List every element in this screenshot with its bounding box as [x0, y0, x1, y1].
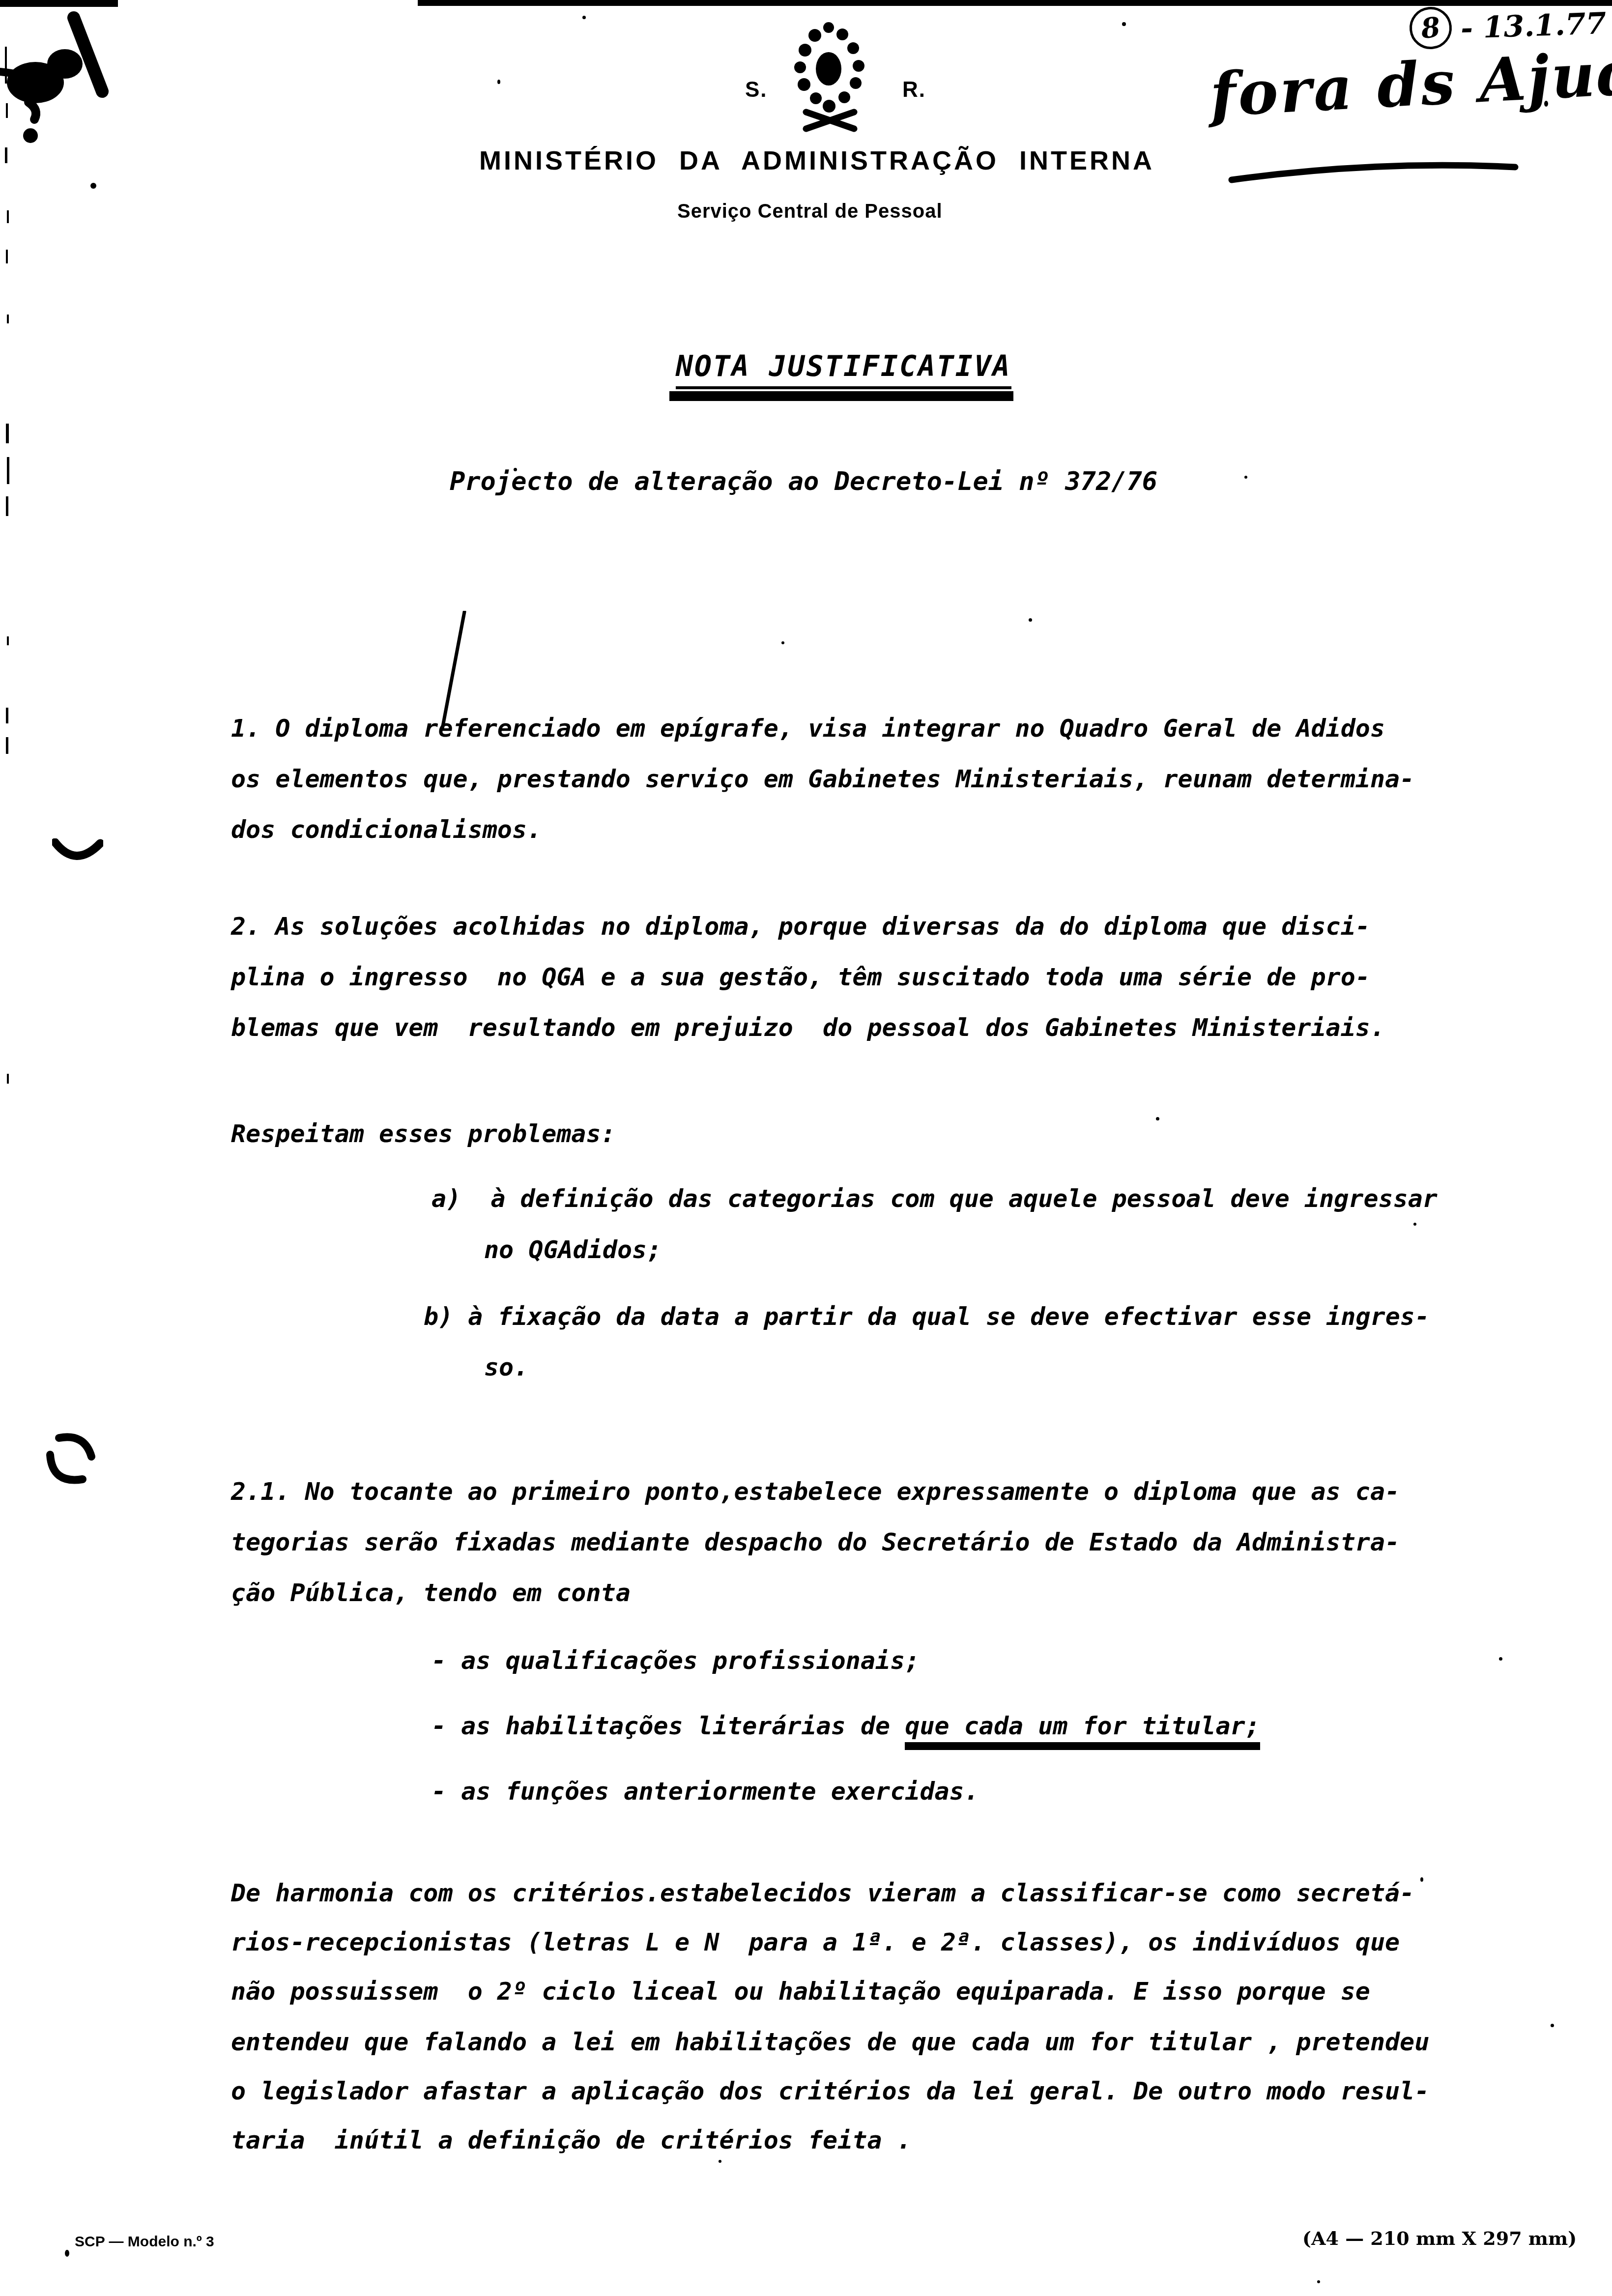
noise-dot	[1218, 90, 1221, 95]
document-title: NOTA JUSTIFICATIVA	[676, 351, 1011, 389]
document-subtitle: Projecto de alteração ao Decreto-Lei nº …	[450, 468, 1157, 496]
service-name: Serviço Central de Pessoal	[677, 201, 943, 223]
margin-speck	[6, 250, 8, 263]
noise-dot	[1551, 2024, 1554, 2027]
margin-speck	[6, 737, 8, 754]
margin-circle-mark	[45, 1431, 101, 1494]
noise-dot	[1122, 22, 1126, 26]
paragraph-21-line-3: ção Pública, tendo em conta	[231, 1579, 631, 1607]
margin-speck	[7, 1074, 9, 1084]
margin-speck	[5, 147, 7, 163]
ink-scribble-mark	[0, 9, 167, 205]
paragraph-3-line-1: De harmonia com os critérios.estabelecid…	[231, 1880, 1414, 1907]
paragraph-2-line-1: 2. As soluções acolhidas no diploma, por…	[231, 913, 1370, 940]
handwritten-note: fora ds Ajud	[1209, 37, 1612, 130]
paragraph-1-line-1: 1. O diploma referenciado em epígrafe, v…	[231, 715, 1385, 742]
margin-speck	[6, 103, 8, 118]
noise-dot	[514, 468, 517, 471]
letterhead-initial-s: S.	[745, 78, 768, 102]
ministry-name: MINISTÉRIO DA ADMINISTRAÇÃO INTERNA	[479, 145, 1154, 176]
handwritten-circled-number: 8	[1408, 5, 1454, 52]
dash-item-3: - as funções anteriormente exercidas.	[432, 1778, 979, 1805]
footer-paper-size: (A4 — 210 mm X 297 mm)	[1302, 2227, 1577, 2249]
paragraph-2-line-2: plina o ingresso no QGA e a sua gestão, …	[231, 964, 1370, 991]
paragraph-1-line-3: dos condicionalismos.	[231, 816, 542, 843]
paragraph-2-line-3: blemas que vem resultando em prejuizo do…	[231, 1014, 1385, 1041]
pen-slash-mark	[440, 611, 467, 731]
paragraph-1-line-2: os elementos que, prestando serviço em G…	[231, 766, 1414, 793]
paragraph-3-line-2: rios-recepcionistas (letras L e N para a…	[231, 1929, 1400, 1956]
paragraph-21-line-1: 2.1. No tocante ao primeiro ponto,estabe…	[231, 1478, 1400, 1505]
margin-speck	[7, 315, 9, 323]
dash-item-1: - as qualificações profissionais;	[432, 1647, 920, 1674]
margin-speck	[6, 496, 8, 516]
margin-speck	[6, 424, 9, 443]
footer-form-number: SCP — Modelo n.º 3	[75, 2234, 214, 2250]
letterhead-initial-r: R.	[902, 78, 926, 102]
dash-item-2-prefix: - as habilitações literárias de	[432, 1712, 905, 1740]
scan-edge-bar	[418, 0, 1612, 6]
dash-item-2-underlined: que cada um for titular;	[905, 1712, 1260, 1750]
noise-dot	[1156, 1117, 1159, 1120]
national-emblem-icon	[785, 20, 874, 133]
paragraph-3-line-5: o legislador afastar a aplicação dos cri…	[231, 2078, 1429, 2105]
noise-dot	[1420, 1877, 1423, 1882]
margin-speck	[7, 457, 9, 484]
margin-check-curve	[52, 838, 103, 874]
paragraph-3-line-3: não possuissem o 2º ciclo liceal ou habi…	[231, 1978, 1370, 2005]
noise-dot	[1029, 618, 1032, 622]
problems-intro-line: Respeitam esses problemas:	[231, 1120, 616, 1148]
margin-speck	[7, 636, 9, 645]
noise-dot	[582, 16, 586, 19]
handwritten-underline-stroke	[1228, 156, 1527, 191]
noise-dot	[1499, 1657, 1502, 1661]
noise-dot	[1317, 2280, 1320, 2283]
paragraph-3-line-6: taria inútil a definição de critérios fe…	[231, 2127, 912, 2154]
paragraph-21-line-2: tegorias serão fixadas mediante despacho…	[231, 1529, 1400, 1556]
footer-ink-speck	[65, 2250, 69, 2257]
margin-speck	[5, 47, 7, 84]
noise-dot	[497, 80, 500, 84]
noise-dot	[1544, 101, 1548, 107]
noise-dot	[1244, 476, 1247, 479]
title-thick-underline	[669, 391, 1013, 401]
scan-edge-bar	[0, 0, 118, 7]
margin-speck	[7, 210, 9, 223]
list-item-a-line-2: no QGAdidos;	[484, 1236, 662, 1263]
list-item-b-line-1: b) à fixação da data a partir da qual se…	[424, 1303, 1430, 1330]
noise-dot	[719, 2160, 721, 2163]
margin-speck	[6, 708, 8, 723]
noise-dot	[781, 641, 784, 644]
document-page: S. R. MINISTÉRIO DA ADMINISTRAÇÃO INTERN…	[0, 0, 1612, 2296]
noise-dot	[1413, 1223, 1416, 1226]
list-item-a-line-1: a) à definição das categorias com que aq…	[432, 1185, 1438, 1212]
paragraph-3-line-4: entendeu que falando a lei em habilitaçõ…	[231, 2029, 1429, 2056]
dash-item-2: - as habilitações literárias de que cada…	[432, 1713, 1260, 1740]
list-item-b-line-2: so.	[484, 1354, 528, 1381]
